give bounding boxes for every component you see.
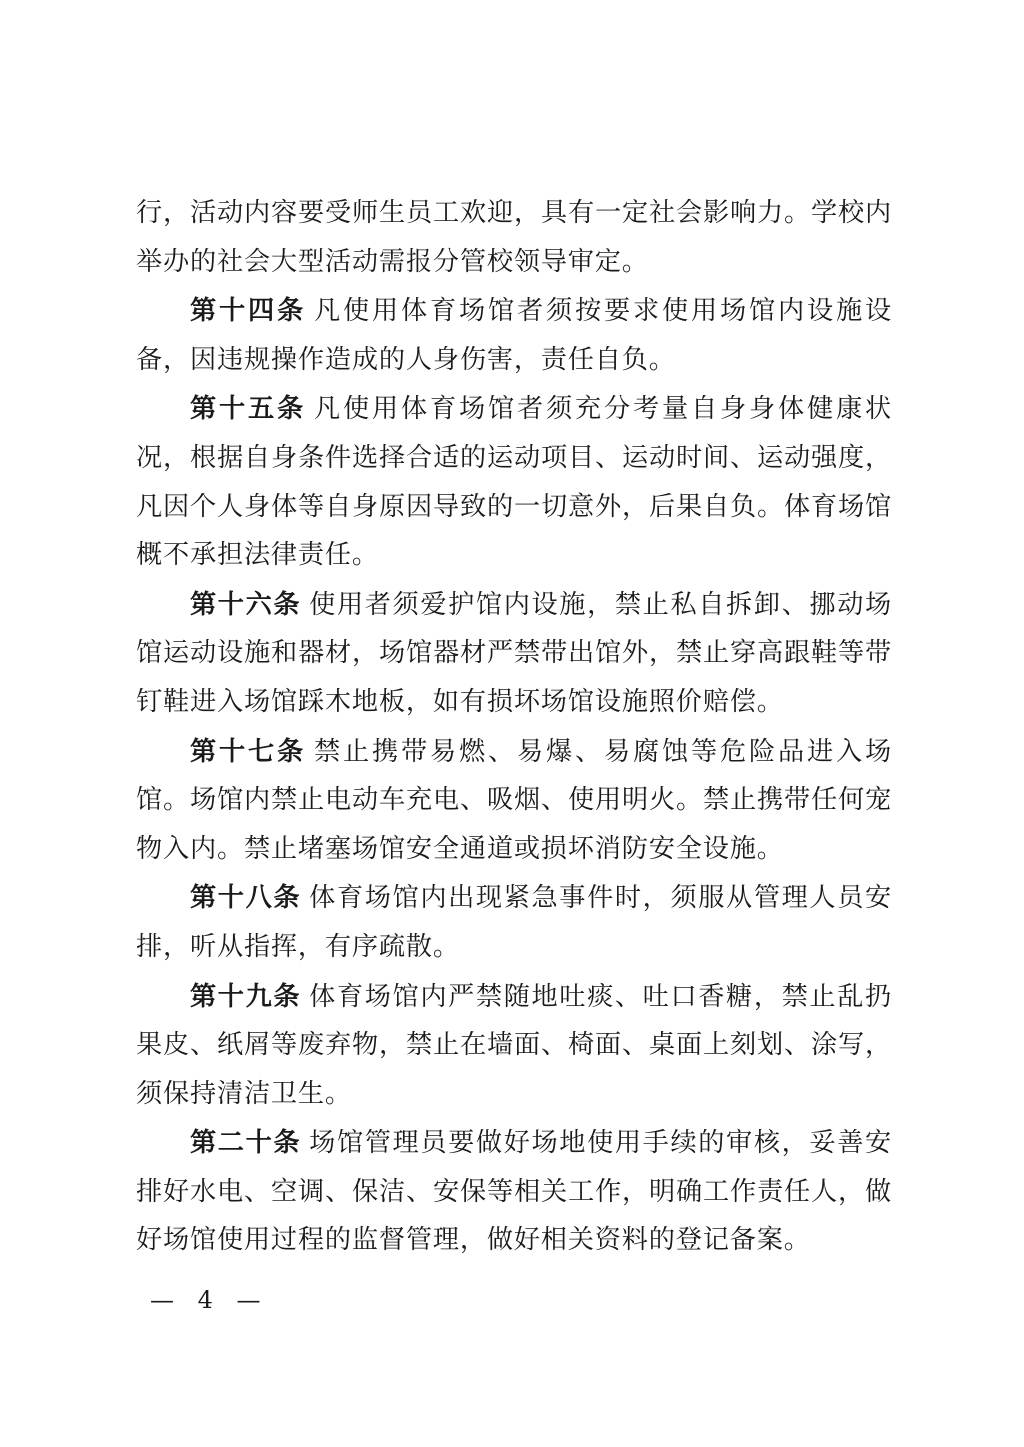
article-19: 第十九条体育场馆内严禁随地吐痰、吐口香糖，禁止乱扔果皮、纸屑等废弃物，禁止在墙面… [136,973,892,1119]
paragraph-continuation: 行，活动内容要受师生员工欢迎，具有一定社会影响力。学校内举办的社会大型活动需报分… [136,189,892,286]
article-heading: 第二十条 [190,1127,301,1158]
article-17: 第十七条禁止携带易燃、易爆、易腐蚀等危险品进入场馆。场馆内禁止电动车充电、吸烟、… [136,728,892,874]
article-18: 第十八条体育场馆内出现紧急事件时，须服从管理人员安排，听从指挥，有序疏散。 [136,874,892,971]
paragraph-text: 行，活动内容要受师生员工欢迎，具有一定社会影响力。学校内举办的社会大型活动需报分… [136,198,892,277]
article-heading: 第十七条 [190,736,306,767]
article-heading: 第十四条 [190,295,306,326]
article-heading: 第十八条 [190,882,301,913]
article-heading: 第十九条 [190,981,301,1012]
document-body: 行，活动内容要受师生员工欢迎，具有一定社会影响力。学校内举办的社会大型活动需报分… [136,189,892,1265]
article-15: 第十五条凡使用体育场馆者须充分考量自身身体健康状况，根据自身条件选择合适的运动项… [136,385,892,579]
article-heading: 第十六条 [190,589,301,620]
article-20: 第二十条场馆管理员要做好场地使用手续的审核，妥善安排好水电、空调、保洁、安保等相… [136,1119,892,1265]
page-number: — 4 — [150,1286,269,1314]
article-16: 第十六条使用者须爱护馆内设施，禁止私自拆卸、挪动场馆运动设施和器材，场馆器材严禁… [136,581,892,727]
article-heading: 第十五条 [190,393,306,424]
article-14: 第十四条凡使用体育场馆者须按要求使用场馆内设施设备，因违规操作造成的人身伤害，责… [136,287,892,384]
